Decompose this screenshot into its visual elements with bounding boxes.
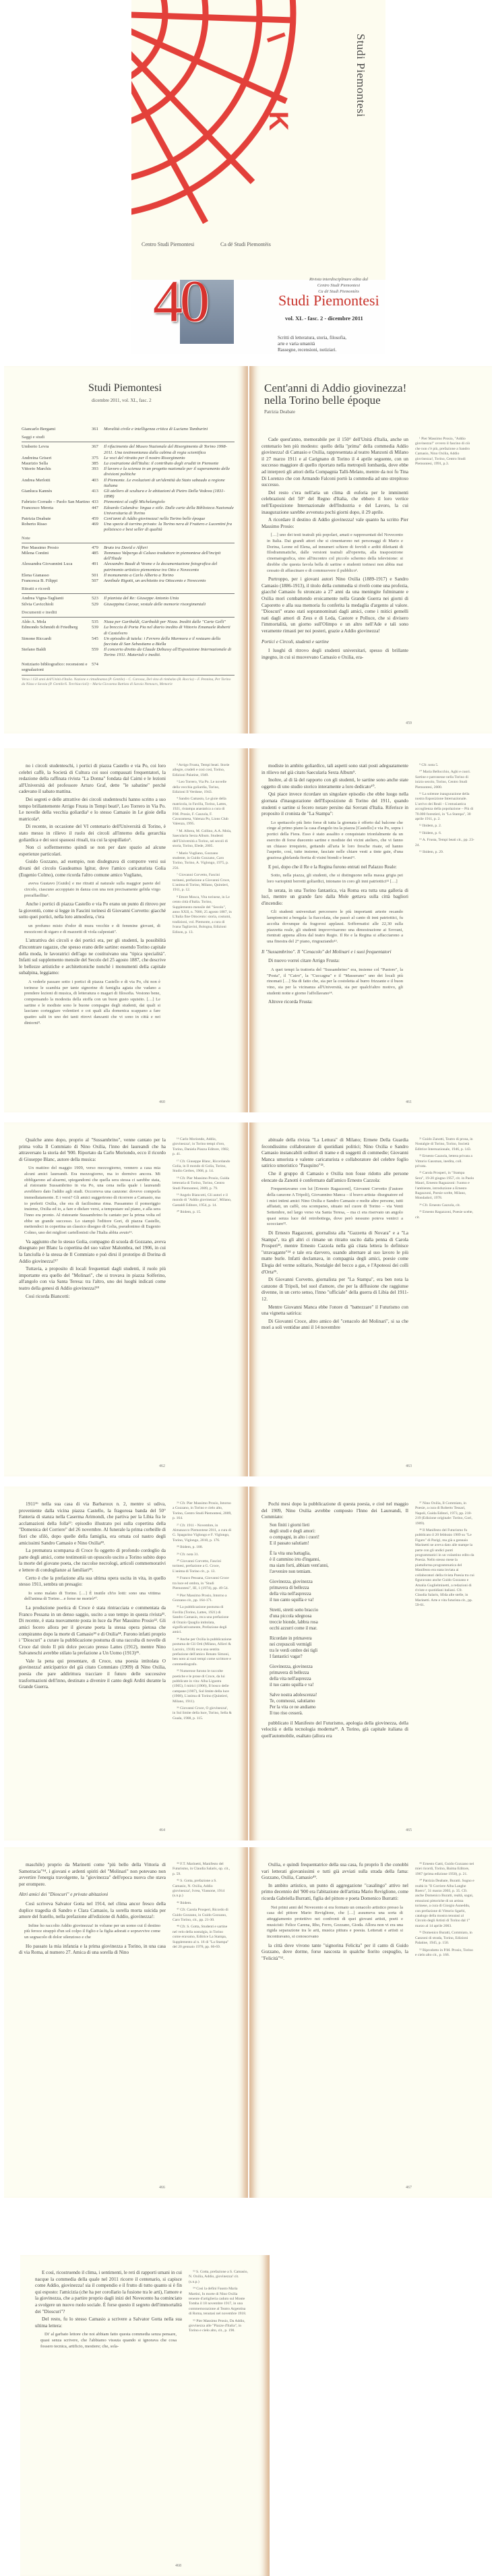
paragraph: la città dove vivono tante "signorina Fe… xyxy=(261,1943,408,1963)
block-quote: Un mattino del maggio 1909, verso mezzog… xyxy=(24,1166,160,1236)
cover-volume-line: vol. XL - fasc. 2 - dicembre 2011 xyxy=(285,315,363,322)
page-number: 460 xyxy=(159,1100,165,1104)
toc-entry[interactable]: Aldo A. Mola535Nizza per Garibaldi, Gari… xyxy=(22,620,235,625)
footnote: ²² Ernesto Cazzola, lettera privata a Vi… xyxy=(415,1154,474,1169)
page-465: Pochi mesi dopo la pubblicazione di ques… xyxy=(249,1487,492,1840)
svg-text:I: I xyxy=(261,29,291,47)
toc-entry[interactable]: Umberto Levra367Il rifacimento del Museo… xyxy=(22,444,235,455)
footnotes: ³⁷ Nino Oxilia, Il Commiato, in Poesie, … xyxy=(415,1501,474,1820)
toc-entry-author: Umberto Levra xyxy=(22,444,92,455)
footnote: ⁴⁶ Ibidem. xyxy=(173,1901,232,1906)
toc-entry-author: Fabrizio Corrado – Paolo San Martino xyxy=(22,500,92,505)
footnote: ⁶ Mario Vugliano, Gozzano studente, in G… xyxy=(173,851,232,872)
footnote: ²⁹ Cfr. nota 31. xyxy=(173,1553,232,1557)
toc-entry-title: Annibale Rigotti, un architetto tra Otto… xyxy=(104,578,235,584)
footnotes: ² Arrigo Frusta, Tempi beati. Storie all… xyxy=(173,763,232,1092)
toc-entry-page: 501 xyxy=(92,573,104,578)
toc-entry-title: Il monumento a Carlo Alberto a Torino xyxy=(104,573,235,578)
toc-entry-page: 539 xyxy=(92,625,104,636)
paragraph: Altrove ricorda Frusta: xyxy=(261,999,408,1006)
verse-stanza: Giovinezza, giovinezza primavera di bell… xyxy=(270,1664,408,1688)
block-quote: A vederle passare sotto i portici di pia… xyxy=(24,980,160,1027)
footnote: ²⁵ Ernesto Ragazzoni, Poesie scelte, cit… xyxy=(415,1210,474,1220)
paragraph: E poi, dopo che il Re e la Regina furono… xyxy=(261,864,408,871)
toc-entry-title: Edoardo Calandra: lingua e stile. Dalle … xyxy=(104,506,235,516)
toc-section-heading: Ritratti e ricordi xyxy=(22,587,235,594)
block-quote: aveva Gustavo [Guido] e me ritratti al n… xyxy=(24,881,160,899)
page-number: 461 xyxy=(406,1100,412,1104)
toc-entry-author: Andreina Griseri xyxy=(22,456,92,461)
page-number: 459 xyxy=(406,721,412,725)
paragraph: Dei segreti e delle attrattive dei circo… xyxy=(19,797,166,822)
paragraph: Di Giovanni Croce, altro amico del "cena… xyxy=(261,1319,408,1331)
footnote: ¹² Ibidem, p. 2. xyxy=(415,824,474,829)
footnote: ⁴⁷ Cfr. Carola Prosperi, Ricordo di Guid… xyxy=(173,1908,232,1923)
toc-entry-author: Andrea Merlotti xyxy=(22,478,92,489)
svg-text:K: K xyxy=(263,111,293,131)
block-quote: Nei primi anni del Novecento si era form… xyxy=(267,1905,403,1940)
toc-entry-author: Maurizio Sella xyxy=(22,461,92,467)
toc-entry-page: 385 xyxy=(92,461,104,467)
toc-entry-title: Nizza per Garibaldi, Garibaldi per Nizza… xyxy=(104,620,235,625)
toc-entry[interactable]: Edmondo Schmidt di Friedberg539La brecci… xyxy=(22,625,235,636)
toc-entry-author: Francesca B. Filippi xyxy=(22,578,92,584)
section-heading: Portici e Circoli, studenti e sartine xyxy=(261,639,408,646)
paragraph: Anche i portici di piazza Castello e via… xyxy=(19,901,166,921)
toc-entry-title: Gli ateliers di scultura e le abitazioni… xyxy=(104,489,235,500)
block-quote: Lo spettacolo più lieto forse di tutta l… xyxy=(267,820,403,862)
toc-entry-page: 413 xyxy=(92,489,104,500)
footnote: ⁹ Cfr. nota 5. xyxy=(415,763,474,768)
toc-entry-page: 447 xyxy=(92,506,104,516)
footnote: ³⁰ Giovanni Corvetto, Fascini torinesi, … xyxy=(173,1559,232,1574)
article-title: Cent'anni di Addio giovinezza! nella Tor… xyxy=(264,382,406,407)
cover-spine-title: Studi Piemontesi xyxy=(354,34,367,117)
paragraph: Del resto, fu lo stesso Camasio a scrive… xyxy=(35,2316,182,2329)
footnote: ⁵¹ Domenico Buratti, Commiato, in Canzon… xyxy=(415,1931,474,1946)
paragraph: Non ci soffermeremo quindi se non per da… xyxy=(19,845,166,858)
section-heading: Altri amici dei "Dioscuri" e private abi… xyxy=(19,1892,166,1898)
toc-section-heading: Documenti e inediti xyxy=(22,610,235,618)
footnote: ³⁸ Il Manifesto del Futurismo fu pubblic… xyxy=(415,1528,474,1609)
toc-entry[interactable]: Milena Contini485Tommaso Valperga di Cal… xyxy=(22,551,235,562)
page-number: 463 xyxy=(406,1464,412,1468)
footnotes: ⁴⁴ F.T. Marinetti, Manifesto del Futuris… xyxy=(173,1862,232,2178)
footnote: ¹⁹ Angelo Biancotti, Gli autori e il mon… xyxy=(173,1193,232,1208)
paragraph: no i circoli studenteschi, i portici di … xyxy=(19,763,166,796)
verse-stanza: Stretti, stretti sotto braccio d'una pic… xyxy=(270,1607,408,1631)
toc-entry[interactable]: Gianluca Kannès413Gli ateliers di scultu… xyxy=(22,489,235,500)
toc-list: Giancarlo Bergami 361 Moralità civile e … xyxy=(22,427,235,687)
page-number: 462 xyxy=(159,1464,165,1468)
footnotes: ⁵³ S. Gotta, prefazione a S. Camasio, N.… xyxy=(189,2270,248,2556)
paragraph: Oxilia, e quindi frequentatrice della su… xyxy=(261,1862,408,1882)
toc-notiziario[interactable]: Notiziario bibliografico: recensioni e s… xyxy=(22,662,235,673)
page-number: 466 xyxy=(159,2186,165,2190)
footnote: ¹¹ La solenne inaugurazione della nostra… xyxy=(415,792,474,822)
footnote: ³⁷ Nino Oxilia, Il Commiato, in Poesie, … xyxy=(415,1501,474,1526)
footnotes: ⁹ Cfr. nota 5.¹⁰ Maria Bellocchio, Aghi … xyxy=(415,763,474,1092)
page-body-text: abituale della rivista "La Lettura" di M… xyxy=(261,1137,408,1456)
paragraph: pubblicato il Manifesto del Futurismo, a… xyxy=(261,1720,408,1740)
toc-footer: Verso i 150 anni dell'Unità d'Italia. Na… xyxy=(22,675,235,687)
toc-entry-page: 574 xyxy=(92,662,104,673)
block-quote: Di' al garbato lettore che noi abbiam fa… xyxy=(40,2332,177,2349)
toc-entry[interactable]: Vittorio Marchis393Il lavoro e la scienz… xyxy=(22,467,235,477)
paragraph: Così scriveva Salvator Gotta nel 1914, n… xyxy=(19,1901,166,1921)
toc-section-heading: Note xyxy=(22,536,235,543)
footnotes: ¹⁶ Carlo Moriondo, Addio, giovinezza!, i… xyxy=(173,1137,232,1456)
toc-entry-page: 535 xyxy=(92,620,104,625)
page-number: 464 xyxy=(159,1828,165,1832)
toc-entry-page: 529 xyxy=(92,602,104,607)
toc-entry-author: Vittorio Marchis xyxy=(22,467,92,477)
footnote: ²⁸ Ibidem, p. 188. xyxy=(173,1545,232,1550)
page-464: 1911²⁶ nella sua casa di via Barbaroux n… xyxy=(4,1487,248,1840)
paragraph: Qualche anno dopo, proprio al "Sussambri… xyxy=(19,1137,166,1163)
page-number: 468 xyxy=(175,2564,181,2568)
toc-entry[interactable]: Maurizio Sella385La costruzione dell'Ita… xyxy=(22,461,235,467)
page-467: Oxilia, e quindi frequentatrice della su… xyxy=(249,1847,492,2198)
cover-scritti: Scritti di letteratura, storia, filosofi… xyxy=(278,335,346,353)
footnote: ³² Pier Massimo Prosio, Intorno a Gozzan… xyxy=(173,1594,232,1604)
toc-entry-page: 485 xyxy=(92,551,104,562)
toc-entry-page: 393 xyxy=(92,467,104,477)
paragraph: In serata, in una Torino fantastica, via… xyxy=(261,888,408,907)
footnote: ²¹ Guido Zanotti, Teatro di prosa, in No… xyxy=(415,1137,474,1152)
toc-entry-title: Alessandro Baudi di Vesme e la documenta… xyxy=(104,562,235,572)
footnote: ²⁰ Ibidem, p. 15. xyxy=(173,1210,232,1215)
toc-subtitle: dicembre 2011, vol. XL, fasc. 2 xyxy=(92,398,152,403)
toc-entry[interactable]: Andrea Vigna-Taglianti523Il pianista del… xyxy=(22,596,235,601)
footnote: ¹⁷ Cfr. Giuseppe Blanc, Ricordando Golia… xyxy=(173,1160,232,1174)
footnote: ²⁶ Cfr. Pier Massimo Prosio, Intorno a G… xyxy=(173,1501,232,1522)
footnote: ³ Leo Torrero, Via Po. Le novelle della … xyxy=(173,780,232,795)
page-468: E così, ricostruendo il clima, i sentime… xyxy=(20,2255,270,2576)
page-body-text: no i circoli studenteschi, i portici di … xyxy=(19,763,166,1092)
toc-entry-author: Andrea Vigna-Taglianti xyxy=(22,596,92,601)
footnote: ²⁷ Cfr. 1911 - Novembre, in Almanacco Pi… xyxy=(173,1524,232,1544)
article-author: Patrizia Deabate xyxy=(264,409,295,415)
footnote: ⁷ Giovanni Corvetto, Fascini torinesi, p… xyxy=(173,873,232,893)
toc-entry-title: La breccia di Porta Pia nel diario inedi… xyxy=(104,625,235,636)
footnote: ²⁴ Cfr. Ernesto Cazzola, cit. xyxy=(415,1203,474,1208)
page-460: no i circoli studenteschi, i portici di … xyxy=(4,748,248,1112)
page-462: Qualche anno dopo, proprio al "Sussambri… xyxy=(4,1122,248,1476)
footnote: ⁵⁵ Pier Massimo Prosio, Da Addio, giovin… xyxy=(189,2319,248,2334)
paragraph: Mentre Giovanni Manca ebbe l'onore di "b… xyxy=(261,1305,408,1317)
footnote: ⁵³ S. Gotta, prefazione a S. Camasio, N.… xyxy=(189,2270,248,2285)
toc-entry-author: Pier Massimo Prosio xyxy=(22,545,92,551)
toc-entry[interactable]: Francesco Mereta447Edoardo Calandra: lin… xyxy=(22,506,235,516)
footnote: ² Arrigo Frusta, Tempi beati. Storie all… xyxy=(173,763,232,778)
footnote: ¹ Pier Massimo Prosio, "Addio giovinezza… xyxy=(415,437,474,467)
toc-entry-author: Francesco Mereta xyxy=(22,506,92,516)
toc-entry-author: Edmondo Schmidt di Friedberg xyxy=(22,625,92,636)
footnotes: ⁴⁹ Ernesto Gatti, Guido Gozzano nei miei… xyxy=(415,1862,474,2178)
toc-entry-page: 491 xyxy=(92,562,104,572)
toc-title: Studi Piemontesi xyxy=(88,382,162,394)
footnote: ¹⁰ Maria Bellocchio, Aghi e cuori. Sarti… xyxy=(415,770,474,790)
paragraph: Purtroppo, per i giovani autori Nino Oxi… xyxy=(261,576,408,634)
toc-entry-author: Notiziario bibliografico: recensioni e s… xyxy=(22,662,92,673)
block-quote: Frequentavamo con lui [Ernesto Ragazzoni… xyxy=(267,1187,403,1228)
page-number: 467 xyxy=(406,2186,412,2190)
footnotes: ¹ Pier Massimo Prosio, "Addio giovinezza… xyxy=(415,437,474,713)
footnote: ¹⁴ A. Frusta, Tempi beati cit., pp. 23-2… xyxy=(415,838,474,848)
footnote: ¹⁵ Ibidem, p. 29. xyxy=(415,850,474,855)
toc-entry[interactable]: Andrea Merlotti403Il Piemonte. Le evoluz… xyxy=(22,478,235,489)
anniversary-number: 40 xyxy=(153,268,207,336)
footnote: ⁴⁹ Ernesto Gatti, Guido Gozzano nei miei… xyxy=(415,1862,474,1877)
toc-entry[interactable]: Andreina Griseri375Le voci del ritratto … xyxy=(22,456,235,461)
footnote: ⁵² Riprodotto in P.M. Prosio, Torino e c… xyxy=(415,1948,474,1958)
paragraph: Pochi mesi dopo la pubblicazione di ques… xyxy=(261,1501,408,1521)
block-quote: Io sono malato di Torino. […] È inutile … xyxy=(24,1591,160,1602)
toc-entry-author: Simone Riccardi xyxy=(22,636,92,647)
paragraph: Così ricorda Biancotti: xyxy=(19,1294,166,1300)
paragraph: Inoltre, al di là del rapporto con gli s… xyxy=(261,777,408,790)
block-quote: A quei tempi la trattoria del "Sussambri… xyxy=(267,967,403,997)
section-heading: Il "Sussambrino". Il "Cenacolo" del Moli… xyxy=(261,949,408,956)
toc-entry-title: Il Piemonte. Le evoluzioni di un'identit… xyxy=(104,478,235,489)
toc-entry-author: Alessandra Giovannini Luca xyxy=(22,562,92,572)
page-body-text: maschile) proprio da Marinetti come "più… xyxy=(19,1862,166,2178)
toc-entry-title: Tommaso Valperga di Caluso traduttore in… xyxy=(104,551,235,562)
footnote: ³³ La pubblicazione postuma di Favilla (… xyxy=(173,1605,232,1635)
toc-entry-page: 479 xyxy=(92,545,104,551)
cover-top: F G H I K Studi Piemontesi Centro Studi … xyxy=(131,0,385,280)
toc-entry[interactable]: Alessandra Giovannini Luca491Alessandro … xyxy=(22,562,235,572)
toc-entry-author: Silvia Cavicchioli xyxy=(22,602,92,607)
toc-entry-page: 433 xyxy=(92,500,104,505)
toc-entry-page: 545 xyxy=(92,636,104,647)
toc-entry-page: 523 xyxy=(92,596,104,601)
toc-entry[interactable]: Stefano Baldi559Il concerto diretto da C… xyxy=(22,647,235,658)
paragraph: Ho passato la mia infanzia e la prima gi… xyxy=(19,1944,166,1956)
footnote: ⁵⁴ Così la definì Fausto Maria Martini, … xyxy=(189,2287,248,2316)
paragraph: Tuttavia, a proposito di locali frequent… xyxy=(19,1266,166,1292)
paragraph: I luoghi di ritrovo degli studenti unive… xyxy=(261,648,408,661)
paragraph: maschile) proprio da Marinetti come "più… xyxy=(19,1862,166,1888)
paragraph: Guido Gozzano, ad esempio, non disdegnav… xyxy=(19,859,166,878)
footnote: ¹⁸ Cfr. Pier Massimo Prosio, Guida lette… xyxy=(173,1176,232,1191)
page-466: maschile) proprio da Marinetti come "più… xyxy=(4,1847,248,2198)
paragraph: In ambito artistico, un punto di aggrega… xyxy=(261,1883,408,1903)
paragraph: Va aggiunto che lo stesso Golia, compagn… xyxy=(19,1239,166,1265)
paragraph: modiste in ambito goliardico, tali aspet… xyxy=(261,763,408,776)
toc-entry[interactable]: Giancarlo Bergami 361 Moralità civile e … xyxy=(22,427,235,432)
footnote: ³¹ Franco Pessana, Giovanni Croce tra lu… xyxy=(173,1576,232,1591)
page-459: Cent'anni di Addio giovinezza! nella Tor… xyxy=(249,366,492,733)
toc-entry-page: 507 xyxy=(92,578,104,584)
paragraph: abituale della rivista "La Lettura" di M… xyxy=(261,1137,408,1170)
page-463: abituale della rivista "La Lettura" di M… xyxy=(249,1122,492,1476)
paragraph: Cade quest'anno, memorabile per il 150° … xyxy=(261,437,408,489)
toc-entry[interactable]: Roberto Risso469Una specie di torrino pr… xyxy=(22,522,235,533)
paragraph: Di recente, in occasione del VI centenar… xyxy=(19,824,166,843)
paragraph: Vale la pena qui presentare, di Croce, u… xyxy=(19,1658,166,1691)
page-body-text: Cade quest'anno, memorabile per il 150° … xyxy=(261,437,408,713)
cover-org-left: Centro Studi Piemontesi xyxy=(142,241,194,247)
toc-entry-author: Roberto Risso xyxy=(22,522,92,533)
toc-entry-page: 459 xyxy=(92,516,104,522)
verse-stanza: Son finiti i giorni lieti degli studi e … xyxy=(270,1522,408,1547)
toc-entry[interactable]: Pier Massimo Prosio479Bruto tra David e … xyxy=(22,545,235,551)
toc-entry-title: Piemontesi al caffè Michelangiolo xyxy=(104,500,235,505)
verse-stanza: È la vita una battaglia, è il cammino ir… xyxy=(270,1551,408,1575)
toc-entry-author: Stefano Baldi xyxy=(22,647,92,658)
cover-rivista-note: Rivista interdisciplinare edita dal Cent… xyxy=(293,276,384,295)
block-quote: Gli studenti universitari percorsero le … xyxy=(267,909,403,945)
toc-entry-title: Le voci del ritratto per il nostro Risor… xyxy=(104,456,235,461)
cover-org-right: Ca dë Studi Piemontèis xyxy=(220,241,271,247)
toc-page: Studi Piemontesi dicembre 2011, vol. XL,… xyxy=(4,366,248,733)
toc-entry-page: 403 xyxy=(92,478,104,489)
toc-entry-title: Il lavoro e la scienza in un progetto na… xyxy=(104,467,235,477)
footnote: ⁵ M. Albera, M. Collino, A.A. Mola, Saec… xyxy=(173,829,232,849)
footnote: ¹³ Ibidem, p. 6. xyxy=(415,831,474,836)
paragraph: Di Ernesto Ragazzoni, giornalista alla "… xyxy=(261,1230,408,1276)
toc-entry[interactable]: Simone Riccardi545Un episodio di tutela:… xyxy=(22,636,235,647)
footnotes: ²¹ Guido Zanotti, Teatro di prosa, in No… xyxy=(415,1137,474,1456)
toc-entry-author: Aldo A. Mola xyxy=(22,620,92,625)
toc-entry[interactable]: Fabrizio Corrado – Paolo San Martino433P… xyxy=(22,500,235,505)
footnotes: ²⁶ Cfr. Pier Massimo Prosio, Intorno a G… xyxy=(173,1501,232,1820)
footnote: ³⁶ Giovanni Croce, O giovinezza!, in Sul… xyxy=(173,1706,232,1721)
paragraph: Di Giovanni Corvetto, giornalista per "L… xyxy=(261,1277,408,1302)
toc-entry-title: Il rifacimento del Museo Nazionale del R… xyxy=(104,444,235,455)
paragraph: Che il gruppo di Camasio e Oxilia non fo… xyxy=(261,1171,408,1184)
block-quote: Infine ho raccolto Addio giovinezza! in … xyxy=(24,1923,160,1941)
footnote: ⁴⁸ Cfr. S. Gotta, Studenti e sartine nel… xyxy=(173,1925,232,1950)
page-body-text: Oxilia, e quindi frequentatrice della su… xyxy=(261,1862,408,2178)
toc-entry-page: 375 xyxy=(92,456,104,461)
footnote: ²³ Carola Prosperi, in "Stampa Sera", 19… xyxy=(415,1171,474,1201)
toc-entry[interactable]: Silvia Cavicchioli529Giuseppina Cavour, … xyxy=(22,602,235,607)
block-quote: un profumo misto d'odor di mura vecchie … xyxy=(24,924,160,935)
paragraph: 1911²⁶ nella sua casa di via Barbaroux n… xyxy=(19,1501,166,1547)
page-body-text: modiste in ambito goliardico, tali aspet… xyxy=(261,763,408,1092)
page-body-text: 1911²⁶ nella sua casa di via Barbaroux n… xyxy=(19,1501,166,1820)
paragraph: La produzione poetica di Croce è stata r… xyxy=(19,1605,166,1657)
verse-stanza: Giovinezza, giovinezza primavera di bell… xyxy=(270,1579,408,1603)
footnote: ⁸ Ettore Mosca, Vita torinese, in Le cen… xyxy=(173,895,232,935)
toc-entry-title: Giuseppina Cavour, vestale delle memorie… xyxy=(104,602,235,607)
footnote: ¹⁶ Carlo Moriondo, Addio, giovinezza!, i… xyxy=(173,1137,232,1158)
paragraph: E così, ricostruendo il clima, i sentime… xyxy=(35,2270,182,2315)
toc-entry-page: 559 xyxy=(92,647,104,658)
toc-entry-title: La costruzione dell'Italia: il contribut… xyxy=(104,461,235,467)
toc-entry-page: 367 xyxy=(92,444,104,455)
footnote: ³⁴ Anche per Oxilia la pubblicazione pos… xyxy=(173,1638,232,1667)
footnote: ⁴⁴ F.T. Marinetti, Manifesto del Futuris… xyxy=(173,1862,232,1877)
toc-section-heading: Saggi e studi xyxy=(22,435,235,442)
block-quote: Sotto, nella piazza, gli studenti, che s… xyxy=(267,873,403,885)
toc-entry-author: Elena Gianasso xyxy=(22,573,92,578)
toc-entry-title: Cent'anni di Addio giovinezza! nella Tor… xyxy=(104,516,235,522)
toc-entry-author: Gianluca Kannès xyxy=(22,489,92,500)
paragraph: Certo è che la prefazione alla sua ultim… xyxy=(19,1576,166,1588)
page-body-text: Qualche anno dopo, proprio al "Sussambri… xyxy=(19,1137,166,1456)
paragraph: Qui piace invece ricordare un singolare … xyxy=(261,791,408,817)
toc-entry-page: 469 xyxy=(92,522,104,533)
toc-entry-title: Il pianista del Re: Giuseppe Antonio Uni… xyxy=(104,596,235,601)
toc-entry[interactable]: Francesca B. Filippi507Annibale Rigotti,… xyxy=(22,578,235,584)
block-quote: […] uno dei testi teatrali più popolari,… xyxy=(267,533,403,574)
page-461: modiste in ambito goliardico, tali aspet… xyxy=(249,748,492,1112)
paragraph: L'attrattiva dei circoli e dei portici e… xyxy=(19,938,166,977)
paragraph: Di nuovo vorrei citare Arrigo Frusta: xyxy=(261,958,408,965)
page-body-text: Pochi mesi dopo la pubblicazione di ques… xyxy=(261,1501,408,1820)
letter-wheel-graphic: F G H I K xyxy=(131,0,385,263)
toc-entry-author: Milena Contini xyxy=(22,551,92,562)
toc-entry-title: Una specie di torrino privato: la Torino… xyxy=(104,522,235,533)
footnote: ³⁵ Numerose furono le raccolte poetiche … xyxy=(173,1669,232,1704)
verse-stanza: Salve nostra adolescenza! Te, commossi, … xyxy=(270,1692,408,1716)
verse-stanza: Ricordate in primavera nei crepuscoli ve… xyxy=(270,1636,408,1660)
toc-entry[interactable]: Elena Gianasso501Il monumento a Carlo Al… xyxy=(22,573,235,578)
footnote: ⁵⁰ Patrizia Deabate, Buratti. Sogno e re… xyxy=(415,1879,474,1929)
paragraph: La prematura scomparsa di Croce fu ogget… xyxy=(19,1548,166,1574)
toc-entry-title: Il concerto diretto da Claude Debussy al… xyxy=(104,647,235,658)
toc-entry[interactable]: Patrizia Deabate459Cent'anni di Addio gi… xyxy=(22,516,235,522)
footnote: ⁴⁵ S. Gotta, prefazione a S. Camasio, N.… xyxy=(173,1879,232,1899)
footnote: ⁴ Sandro Camasio, Le gioie della matrico… xyxy=(173,797,232,827)
toc-entry-title: Bruto tra David e Alfieri xyxy=(104,545,235,551)
page-number: 465 xyxy=(406,1828,412,1832)
toc-entry-author: Patrizia Deabate xyxy=(22,516,92,522)
paragraph: A ricordare il destino di Addio giovinez… xyxy=(261,517,408,530)
page-body-text: E così, ricostruendo il clima, i sentime… xyxy=(35,2270,182,2556)
toc-entry-title: Un episodio di tutela: i Ferrero della M… xyxy=(104,636,235,647)
paragraph: Del resto c'era nell'aria un clima di eu… xyxy=(261,490,408,516)
